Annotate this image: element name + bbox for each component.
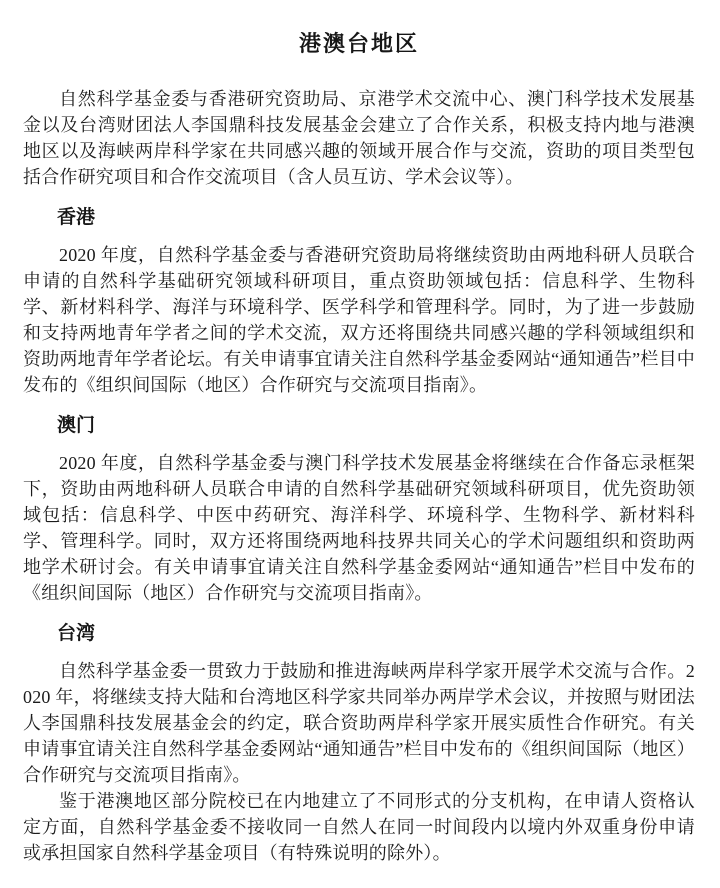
document-page: 港澳台地区 自然科学基金委与香港研究资助局、京港学术交流中心、澳门科学技术发展基… <box>0 0 720 888</box>
macau-paragraph: 2020 年度，自然科学基金委与澳门科学技术发展基金将继续在合作备忘录框架下，资… <box>23 450 695 606</box>
section-heading-hongkong: 香港 <box>23 206 695 230</box>
section-hongkong: 香港 2020 年度，自然科学基金委与香港研究资助局将继续资助由两地科研人员联合… <box>23 206 695 398</box>
section-heading-macau: 澳门 <box>23 414 695 438</box>
section-macau: 澳门 2020 年度，自然科学基金委与澳门科学技术发展基金将继续在合作备忘录框架… <box>23 414 695 606</box>
hongkong-paragraph: 2020 年度，自然科学基金委与香港研究资助局将继续资助由两地科研人员联合申请的… <box>23 242 695 398</box>
intro-paragraph: 自然科学基金委与香港研究资助局、京港学术交流中心、澳门科学技术发展基金以及台湾财… <box>23 86 695 190</box>
taiwan-paragraph-1: 自然科学基金委一贯致力于鼓励和推进海峡两岸科学家开展学术交流与合作。2020 年… <box>23 658 695 788</box>
section-heading-taiwan: 台湾 <box>23 622 695 646</box>
taiwan-paragraph-2: 鉴于港澳地区部分院校已在内地建立了不同形式的分支机构，在申请人资格认定方面，自然… <box>23 788 695 866</box>
section-taiwan: 台湾 自然科学基金委一贯致力于鼓励和推进海峡两岸科学家开展学术交流与合作。202… <box>23 622 695 866</box>
page-title: 港澳台地区 <box>23 28 695 60</box>
